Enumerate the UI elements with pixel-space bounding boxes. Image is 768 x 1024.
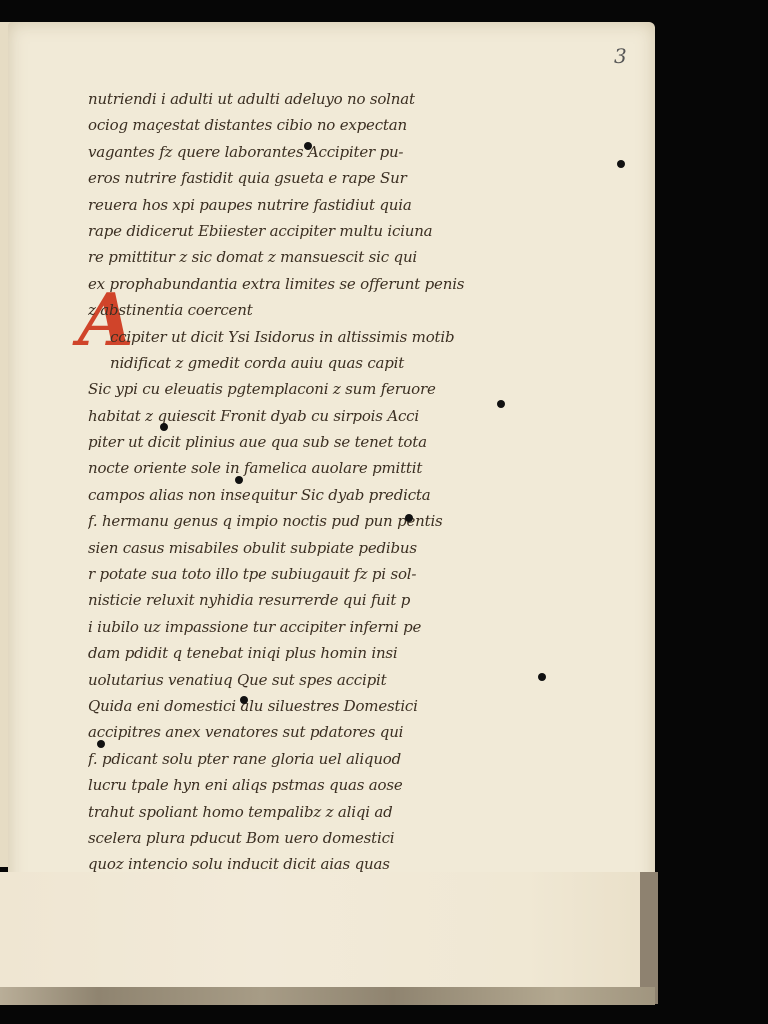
text-line: uolutarius venatiuq Que sut spes accipit [88, 667, 568, 693]
text-line: piter ut dicit plinius aue qua sub se te… [88, 429, 568, 455]
text-line: Quida eni domestici alu siluestres Domes… [88, 693, 568, 719]
text-line: f. pdicant solu pter rane gloria uel ali… [88, 746, 568, 772]
text-line: ccipiter ut dicit Ysi Isidorus in altiss… [88, 324, 568, 350]
text-line: z abstinentia coercent [88, 297, 568, 323]
pixelated-bottom-strip [0, 987, 655, 1005]
text-line: nisticie reluxit nyhidia resurrerde qui … [88, 587, 568, 613]
pixelated-redaction [0, 872, 655, 987]
manuscript-text: nutriendi i adulti ut adulti adeluyo no … [88, 86, 568, 931]
ink-dot [497, 400, 505, 408]
text-line: nocte oriente sole in famelica auolare p… [88, 455, 568, 481]
ink-dot [97, 740, 105, 748]
text-line: dam pdidit q tenebat iniqi plus homin in… [88, 640, 568, 666]
ink-dot [304, 142, 312, 150]
ink-dot [160, 423, 168, 431]
text-line: ociog maçestat distantes cibio no expect… [88, 112, 568, 138]
text-line: trahut spoliant homo tempalibz z aliqi a… [88, 799, 568, 825]
text-line: Sic ypi cu eleuatis pgtemplaconi z sum f… [88, 376, 568, 402]
text-line: campos alias non insequitur Sic dyab pre… [88, 482, 568, 508]
text-line: i iubilo uz impassione tur accipiter inf… [88, 614, 568, 640]
ink-dot [538, 673, 546, 681]
text-line: lucru tpale hyn eni aliqs pstmas quas ao… [88, 772, 568, 798]
text-line: ex prophabundantia extra limites se offe… [88, 271, 568, 297]
text-line: nutriendi i adulti ut adulti adeluyo no … [88, 86, 568, 112]
ink-dot [240, 696, 248, 704]
text-line: r potate sua toto illo tpe subiugauit fz… [88, 561, 568, 587]
text-line: re pmittitur z sic domat z mansuescit si… [88, 244, 568, 270]
text-line: eros nutrire fastidit quia gsueta e rape… [88, 165, 568, 191]
ink-dot [235, 476, 243, 484]
text-line: sien casus misabiles obulit subpiate ped… [88, 535, 568, 561]
text-line: rape didicerut Ebiiester accipiter multu… [88, 218, 568, 244]
text-line: f. hermanu genus q impio noctis pud pun … [88, 508, 568, 534]
text-line: accipitres anex venatores sut pdatores q… [88, 719, 568, 745]
text-line: vagantes fz quere laborantes Accipiter p… [88, 139, 568, 165]
text-line: reuera hos xpi paupes nutrire fastidiut … [88, 192, 568, 218]
folio-number: 3 [614, 44, 627, 68]
pixelated-edge [640, 872, 658, 1004]
text-line: scelera plura pducut Bom uero domestici [88, 825, 568, 851]
ink-dot [617, 160, 625, 168]
ink-dot [405, 514, 413, 522]
text-line: nidificat z gmedit corda auiu quas capit [88, 350, 568, 376]
